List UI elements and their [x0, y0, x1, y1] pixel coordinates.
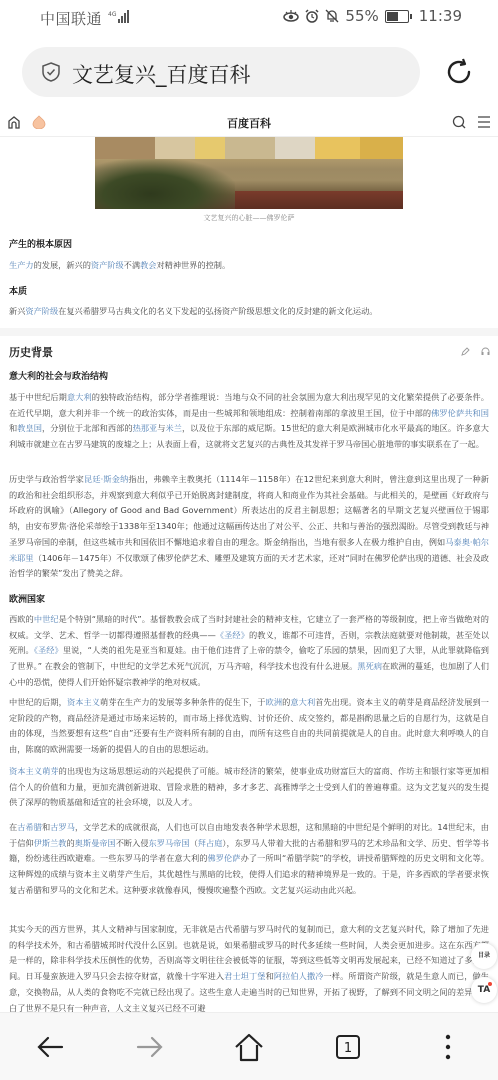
- history-paragraph-6: 在古希腊和古罗马，文学艺术的成就很高，人们也可以自由地发表各种学术思想，这和黑暗…: [9, 820, 489, 899]
- text-run: 和: [266, 971, 274, 981]
- text-run: 历史学与政治哲学家: [9, 474, 84, 484]
- home-nav-icon[interactable]: [233, 1031, 265, 1063]
- inline-link[interactable]: 热那亚: [133, 423, 158, 433]
- mute-bell-icon: [325, 9, 339, 23]
- edit-icon[interactable]: [461, 347, 470, 356]
- history-paragraph-5: 资本主义萌芽的出现也为这场思想运动的兴起提供了可能。城市经济的繁荣，使事业成功财…: [9, 764, 489, 811]
- inline-link[interactable]: 教皇国: [17, 423, 42, 433]
- text-run: 中世纪的后期，: [9, 697, 67, 707]
- alarm-icon: [305, 9, 319, 23]
- history-paragraph-7: 其实今天的西方世界，其人文精神与国家制度，无非就是古代希腊与罗马时代的复制而已，…: [9, 922, 489, 1016]
- inline-link[interactable]: 古希腊: [17, 822, 42, 832]
- inline-link[interactable]: 米兰: [166, 423, 182, 433]
- essence-heading: 本质: [9, 284, 27, 297]
- inline-link[interactable]: 资产阶级: [25, 306, 58, 316]
- inline-link[interactable]: 资本主义: [67, 697, 100, 707]
- essence-paragraph: 新兴资产阶级在复兴希腊罗马古典文化的名义下发起的弘扬资产阶级思想文化的反封建的新…: [9, 304, 489, 320]
- inline-link[interactable]: 阿拉伯人: [274, 971, 307, 981]
- inline-link[interactable]: 佛罗伦萨共和国: [431, 408, 489, 418]
- address-bar[interactable]: 文艺复兴_百度百科: [22, 47, 420, 97]
- text-run: 不断入侵: [116, 838, 149, 848]
- reload-icon[interactable]: [443, 56, 475, 88]
- forward-icon[interactable]: [134, 1031, 166, 1063]
- back-icon[interactable]: [34, 1031, 66, 1063]
- inline-link[interactable]: 《圣经》: [34, 645, 63, 655]
- text-run: 在: [9, 822, 17, 832]
- menu-icon[interactable]: [478, 116, 490, 128]
- subheading-italy: 意大利的社会与政治结构: [9, 369, 108, 382]
- history-paragraph-1: 基于中世纪后期意大利的独特政治结构，部分学者推理说：当地与众不同的社会氛围为意大…: [9, 390, 489, 453]
- photo-caption: 文艺复兴的心脏——佛罗伦萨: [0, 213, 498, 223]
- text-run: （1406年－1475年）不仅歌颂了佛罗伦萨艺术、雕塑及建筑方面的天才艺术家，还…: [9, 553, 489, 579]
- text-run: 指出，弗赖辛主教奥托（1114年－1158年）在12世纪来到意大利时，曾注意到这…: [9, 474, 489, 547]
- subheading-europe: 欧洲国家: [9, 592, 45, 605]
- text-run: ，分别位于北部和西部的: [42, 423, 133, 433]
- site-header: 百度百科: [0, 110, 498, 137]
- history-heading: 历史背景: [9, 344, 53, 360]
- carrier-label: 中国联通: [40, 8, 102, 29]
- inline-link[interactable]: 欧洲: [266, 697, 283, 707]
- cause-heading: 产生的根本原因: [9, 237, 72, 250]
- cause-paragraph: 生产力的发展，新兴的资产阶级不满教会对精神世界的控制。: [9, 258, 489, 274]
- history-paragraph-3: 西欧的中世纪是个特别“黑暗的时代”。基督教教会成了当时封建社会的精神支柱，它建立…: [9, 612, 489, 691]
- svg-text:4G: 4G: [108, 11, 117, 18]
- section-divider: [0, 328, 498, 336]
- inline-link[interactable]: 资本主义萌芽: [9, 766, 59, 776]
- inline-link[interactable]: 昆廷·斯金纳: [84, 474, 128, 484]
- inline-link[interactable]: 意大利: [290, 697, 315, 707]
- battery-icon: [385, 10, 409, 23]
- history-paragraph-4: 中世纪的后期，资本主义萌芽在生产力的发展等多种条件的促生下，于欧洲的意大利首先出…: [9, 695, 489, 758]
- inline-link[interactable]: 奥斯曼帝国: [75, 838, 116, 848]
- inline-link[interactable]: 东罗马帝国: [149, 838, 190, 848]
- inline-link[interactable]: 撒冷: [307, 971, 324, 981]
- text-run: 不满: [124, 260, 140, 270]
- text-run: 在复兴希腊罗马古典文化的名义下发起的弘扬资产阶级思想文化的反封建的新文化运动。: [58, 306, 377, 316]
- search-icon[interactable]: [452, 115, 466, 129]
- tabs-button[interactable]: 1: [336, 1035, 360, 1059]
- shield-check-icon: [40, 61, 62, 83]
- battery-percent: 55%: [345, 7, 378, 25]
- text-run: 的发展，新兴的: [34, 260, 91, 270]
- more-options-icon[interactable]: [432, 1031, 464, 1063]
- inline-link[interactable]: 《圣经》: [216, 630, 249, 640]
- text-run: （: [190, 838, 198, 848]
- font-size-button[interactable]: TA: [471, 977, 497, 1003]
- inline-link[interactable]: 资产阶级: [91, 260, 124, 270]
- browser-bottom-nav: 1: [0, 1012, 498, 1080]
- site-title[interactable]: 百度百科: [0, 115, 498, 131]
- inline-link[interactable]: 中世纪: [34, 614, 59, 624]
- eye-comfort-icon: [283, 10, 299, 22]
- signal-icon: 4G: [108, 10, 130, 26]
- status-icons: 55% 11:39: [283, 7, 462, 25]
- page-title: 文艺复兴_百度百科: [72, 59, 251, 89]
- florence-photo[interactable]: [95, 137, 403, 209]
- text-run: 萌芽在生产力的发展等多种条件的促生下，于: [100, 697, 266, 707]
- toc-button[interactable]: 目录: [471, 943, 497, 969]
- inline-link[interactable]: 伊斯兰教: [34, 838, 67, 848]
- text-run: 与: [157, 423, 165, 433]
- text-run: 和: [42, 822, 50, 832]
- headphone-icon[interactable]: [481, 347, 490, 356]
- text-run: 的: [66, 838, 74, 848]
- text-run: 基于中世纪后期: [9, 392, 67, 402]
- inline-link[interactable]: 拜占庭: [198, 838, 223, 848]
- history-paragraph-2: 历史学与政治哲学家昆廷·斯金纳指出，弗赖辛主教奥托（1114年－1158年）在1…: [9, 472, 489, 582]
- inline-link[interactable]: 教会: [140, 260, 156, 270]
- inline-link[interactable]: 生产力: [9, 260, 34, 270]
- status-bar: 中国联通 4G 55% 11:39: [0, 0, 498, 36]
- inline-link[interactable]: 意大利: [67, 392, 92, 402]
- inline-link[interactable]: 古罗马: [50, 822, 75, 832]
- text-run: 新兴: [9, 306, 25, 316]
- inline-link[interactable]: 君士坦丁堡: [224, 971, 265, 981]
- clock: 11:39: [419, 7, 462, 25]
- inline-link[interactable]: 黑死病: [357, 661, 382, 671]
- text-run: 西欧的: [9, 614, 34, 624]
- text-run: 对精神世界的控制。: [156, 260, 230, 270]
- inline-link[interactable]: 佛罗伦萨: [208, 853, 241, 863]
- text-run: 的出现也为这场思想运动的兴起提供了可能。城市经济的繁荣，使事业成功财富巨大的富商…: [9, 766, 489, 807]
- text-run: 和: [9, 423, 17, 433]
